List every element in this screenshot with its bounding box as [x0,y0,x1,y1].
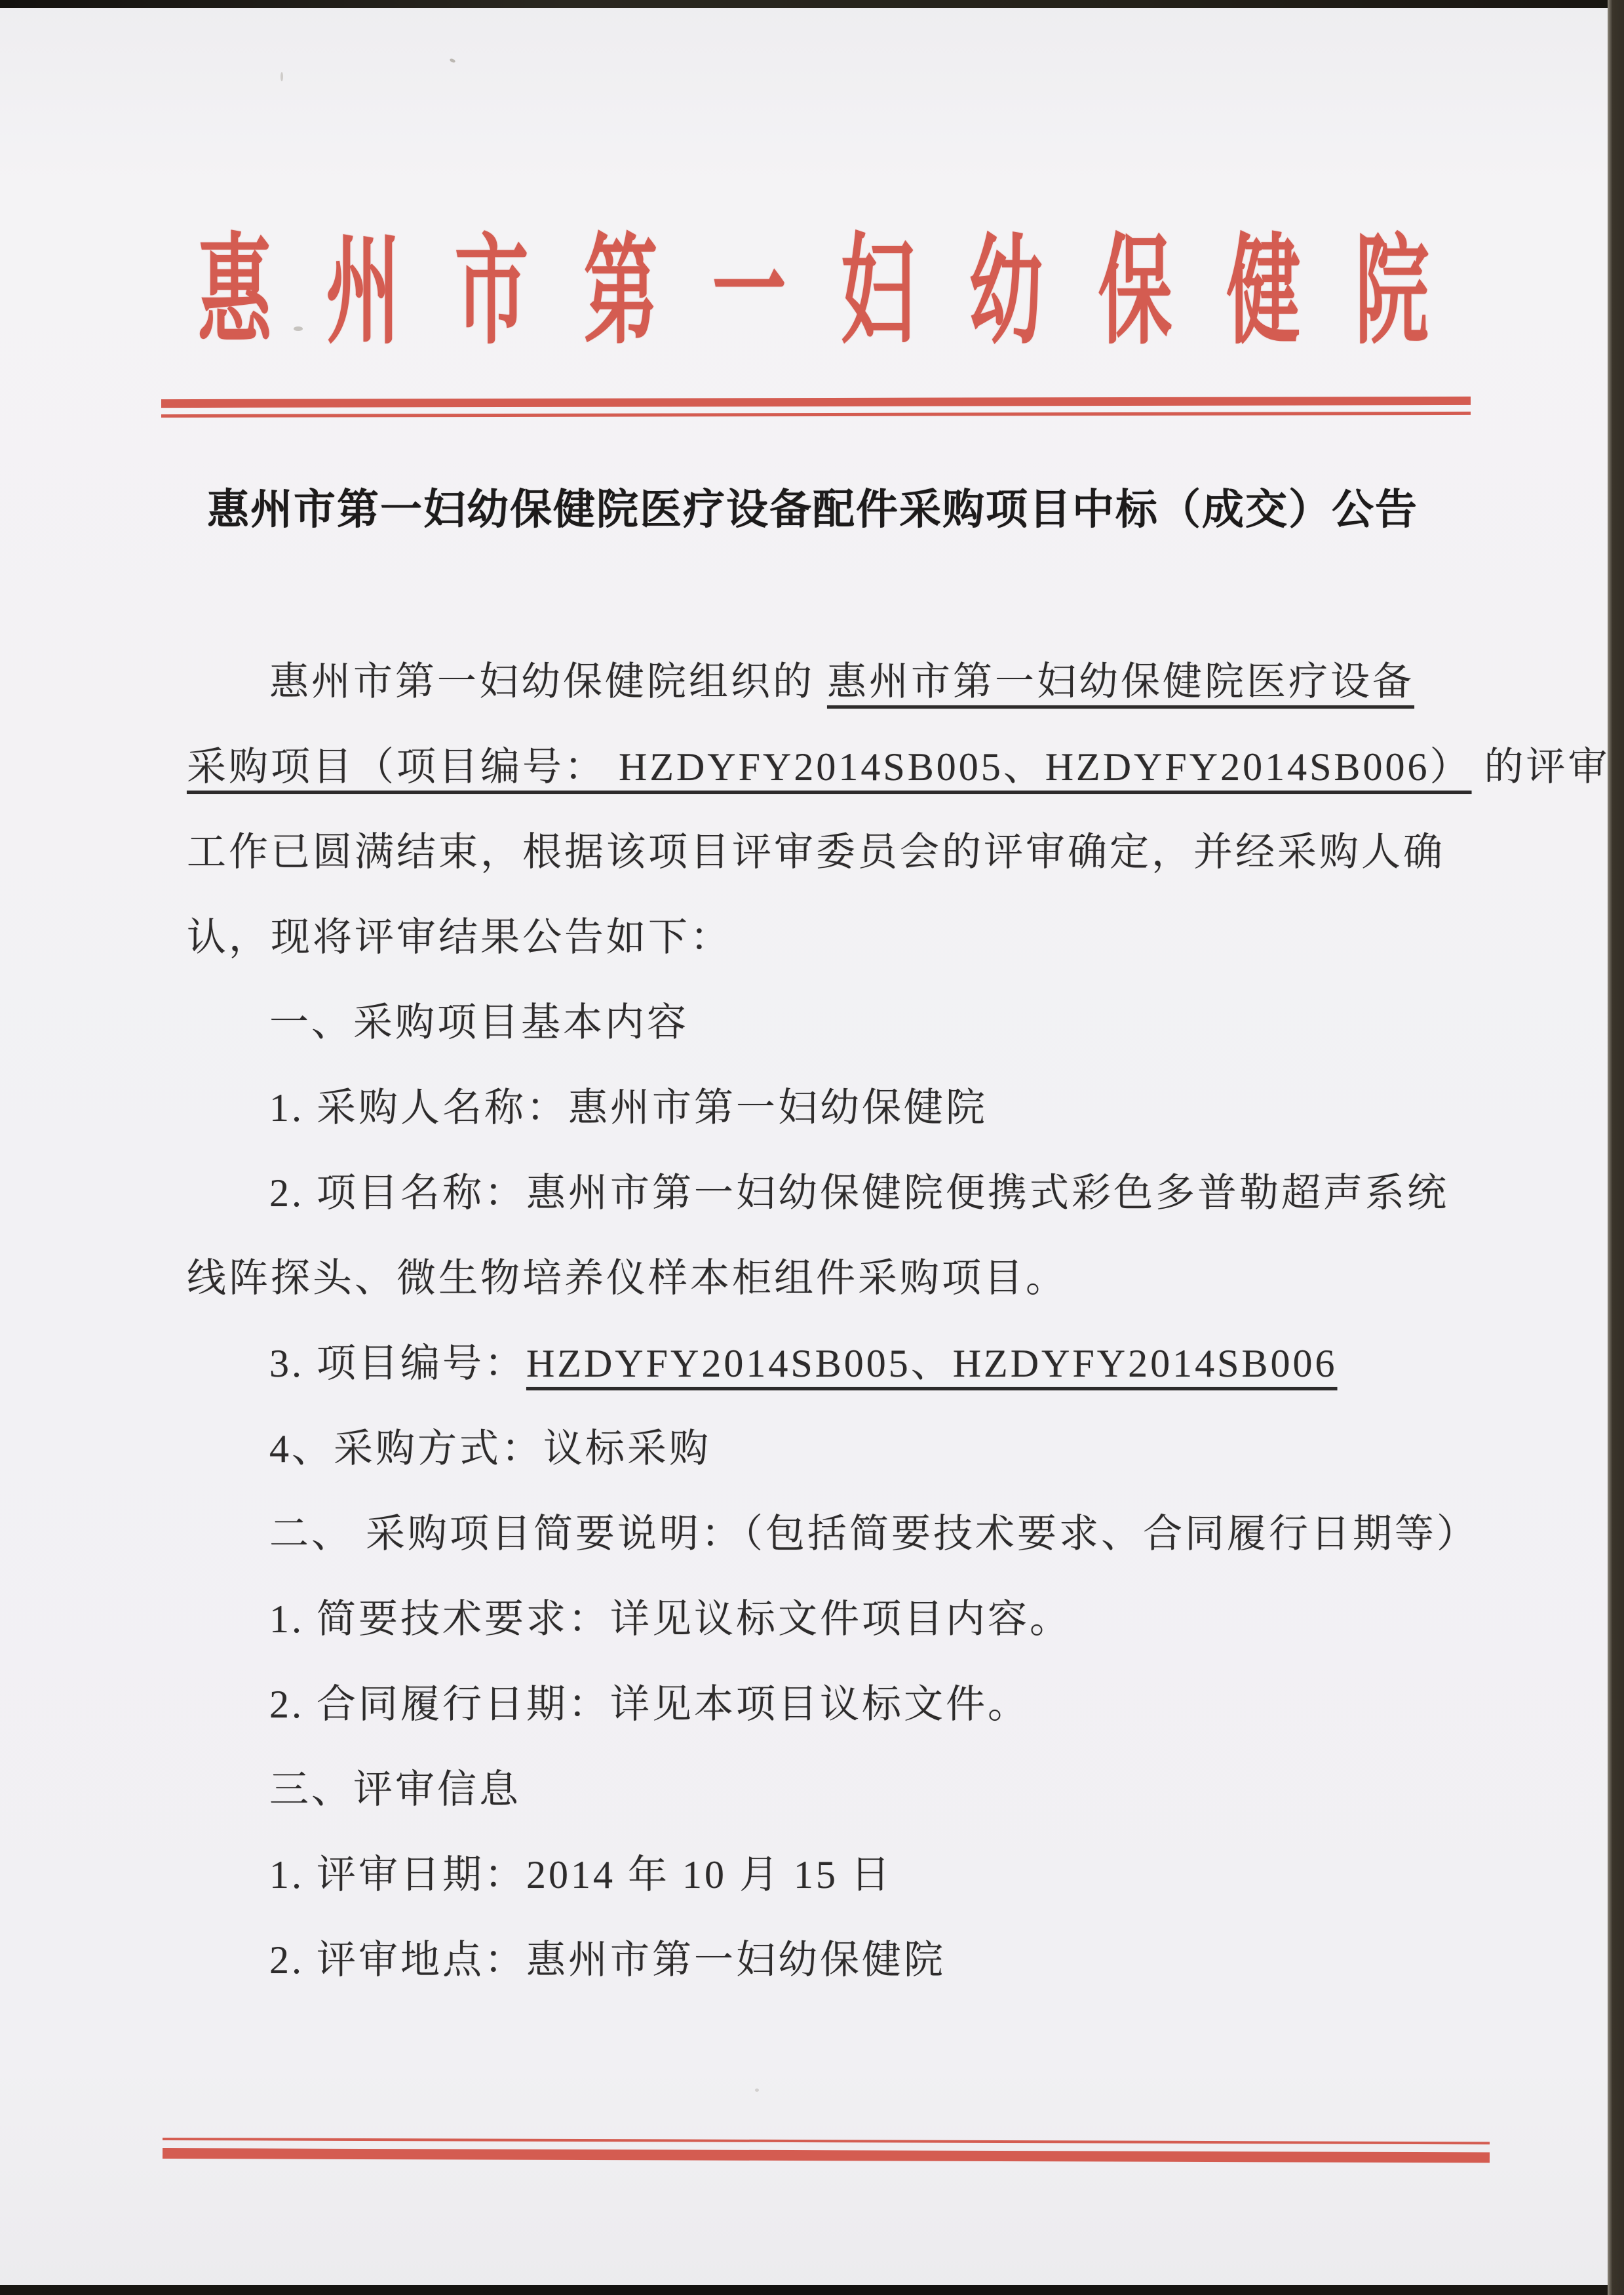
letterhead-character: 州 [326,231,400,355]
body-line: 1. 评审日期：2014 年 10 月 15 日 [187,1832,1440,1917]
letterhead-character: 第 [583,231,657,355]
letterhead-character: 院 [1355,231,1429,355]
text-segment: 二、 采购项目简要说明：（包括简要技术要求、合同履行日期等） [269,1512,1479,1556]
body-line: 一、采购项目基本内容 [187,980,1440,1065]
text-segment: 3. 项目编号： [269,1342,526,1385]
scan-edge-top [0,0,1624,8]
body-line: 二、 采购项目简要说明：（包括简要技术要求、合同履行日期等） [187,1491,1440,1577]
body-line: 采购项目（项目编号： HZDYFY2014SB005、HZDYFY2014SB0… [187,724,1440,810]
text-segment: 2. 项目名称：惠州市第一妇幼保健院便携式彩色多普勒超声系统 [269,1171,1449,1215]
letterhead-character: 妇 [841,231,915,355]
scan-edge-right [1608,0,1624,2295]
underlined-text-segment: 采购项目（项目编号： HZDYFY2014SB005、HZDYFY2014SB0… [187,745,1471,789]
body-line: 2. 评审地点：惠州市第一妇幼保健院 [187,1917,1440,2003]
letterhead-character: 幼 [969,231,1043,355]
body-line: 2. 项目名称：惠州市第一妇幼保健院便携式彩色多普勒超声系统 [187,1150,1440,1236]
letterhead-title: 惠州市第一妇幼保健院 [175,231,1452,355]
document-body: 惠州市第一妇幼保健院组织的 惠州市第一妇幼保健院医疗设备采购项目（项目编号： H… [187,639,1440,2003]
footer-rule-thin [163,2138,1490,2144]
body-line: 2. 合同履行日期：详见本项目议标文件。 [187,1662,1440,1747]
letterhead-character: 市 [455,231,529,355]
body-line: 3. 项目编号：HZDYFY2014SB005、HZDYFY2014SB006 [187,1321,1440,1406]
underlined-text-segment: 惠州市第一妇幼保健院医疗设备 [827,660,1414,703]
text-segment: 一、采购项目基本内容 [269,1001,689,1044]
letterhead-rule-thin [161,412,1471,418]
letterhead-character: 惠 [198,231,272,355]
text-segment: 认，现将评审结果公告如下： [187,916,732,959]
text-segment: 线阵探头、微生物培养仪样本柜组件采购项目。 [187,1257,1068,1300]
underlined-text-segment: HZDYFY2014SB005、HZDYFY2014SB006 [526,1342,1337,1385]
body-line: 工作已圆满结束，根据该项目评审委员会的评审确定，并经采购人确 [187,810,1440,895]
footer-rule-thick [163,2148,1490,2163]
text-segment: 三、评审信息 [269,1768,521,1811]
body-line: 1. 简要技术要求：详见议标文件项目内容。 [187,1577,1440,1662]
document-title: 惠州市第一妇幼保健院医疗设备配件采购项目中标（成交）公告 [20,476,1606,536]
scan-speck [280,72,283,81]
text-segment: 工作已圆满结束，根据该项目评审委员会的评审确定，并经采购人确 [187,831,1445,874]
body-line: 惠州市第一妇幼保健院组织的 惠州市第一妇幼保健院医疗设备 [187,639,1440,724]
body-line: 1. 采购人名称：惠州市第一妇幼保健院 [187,1065,1440,1150]
body-line: 认，现将评审结果公告如下： [187,895,1440,980]
scanned-page: 惠州市第一妇幼保健院 惠州市第一妇幼保健院医疗设备配件采购项目中标（成交）公告 … [0,0,1624,2295]
text-segment: 的评审 [1471,745,1610,789]
text-segment: 2. 评审地点：惠州市第一妇幼保健院 [269,1938,946,1982]
text-segment: 1. 简要技术要求：详见议标文件项目内容。 [269,1598,1072,1641]
letterhead-character: 保 [1098,231,1172,355]
body-line: 三、评审信息 [187,1747,1440,1832]
scan-edge-bottom [0,2285,1624,2295]
letterhead-character: 一 [712,231,786,355]
body-line: 4、采购方式：议标采购 [187,1406,1440,1491]
text-segment: 2. 合同履行日期：详见本项目议标文件。 [269,1683,1030,1726]
text-segment: 1. 评审日期：2014 年 10 月 15 日 [269,1853,893,1896]
scan-speck [755,2089,759,2092]
text-segment: 惠州市第一妇幼保健院组织的 [269,660,827,703]
body-line: 线阵探头、微生物培养仪样本柜组件采购项目。 [187,1236,1440,1321]
text-segment: 1. 采购人名称：惠州市第一妇幼保健院 [269,1086,988,1129]
scan-speck [449,58,455,63]
letterhead-character: 健 [1226,231,1300,355]
text-segment: 4、采购方式：议标采购 [269,1427,711,1470]
letterhead-rule-thick [161,397,1471,408]
